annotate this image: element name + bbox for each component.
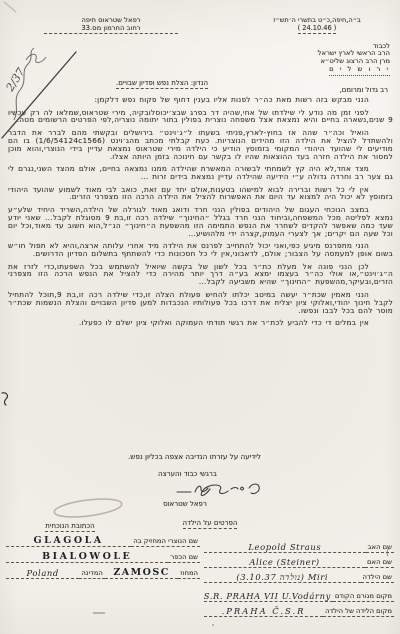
country-value: Poland <box>6 568 79 579</box>
form-right-title: הפרטים על הילדה <box>180 519 240 527</box>
birthplace-label: מקום הלידה של הילדה <box>323 607 394 617</box>
paragraph: הנני מבקש בזה רשות מאת כה״ר לפנות אליו ב… <box>8 96 393 104</box>
child-name-label: שם הילדה <box>361 573 394 583</box>
addressee-city: י ר ו ש ל י ם <box>329 66 390 75</box>
previous-residence-label: מקום מגורם הקודם <box>333 592 394 602</box>
village-value: BIALOWOLE <box>6 551 168 563</box>
form-row-mother: שם האם Alice (Steiner) <box>204 555 394 568</box>
holder-name-label: שם הנוצרי המחזיק בה <box>131 537 200 547</box>
form-current-address-column: שם הנוצרי המחזיק בה GLAGOLA שם הכפר BIAL… <box>6 534 200 579</box>
country-label: המדינה <box>79 569 104 579</box>
scan-artifact-speck <box>210 622 218 628</box>
left-margin-pen-mark <box>0 390 12 406</box>
pencil-oval-mark <box>50 496 126 520</box>
addressee-block: לכבוד הרב הראשי לארץ ישראל מרן הרב הרצוג… <box>240 43 390 76</box>
letter-body: הנני מבקש בזה רשות מאת כה״ר לפנות אליו ב… <box>8 96 393 332</box>
form-child-details-column: שם האב Leopold Straus שם האם Alice (Stei… <box>204 540 394 617</box>
form-left-title: הכתובת הנוכחית <box>22 522 118 530</box>
father-name-label: שם האב <box>366 543 394 553</box>
scanned-letter-page: 2/37 רפאל שטראוס חיפה רחוב החרמון מס.33 … <box>0 0 400 634</box>
holder-name-value: GLAGOLA <box>6 535 131 547</box>
paragraph: אין במלים די כדי להביע לכת״ר את רגשי תוד… <box>8 319 393 327</box>
birthplace-value: PRAHA Č.S.R. <box>204 606 323 617</box>
father-name-value: Leopold Straus <box>204 542 366 553</box>
previous-residence-value: Č.S.R. PRAHA VII U.Vodárny <box>204 591 333 602</box>
subject-line: הנדון: הצלת נפש ופדיון שבויים. <box>116 79 208 87</box>
salutation: רב גדול ומרומם, <box>340 86 388 94</box>
form-row-father: שם האב Leopold Straus <box>204 540 394 553</box>
paragraph: לפני זמן מה נודע לי שילדתו של אחי,שהיה ד… <box>8 109 393 125</box>
closing-note: לידיעה על עזרתו הנדיבה אצפה בכליון נפש. <box>128 452 261 461</box>
child-name-value: Miri (נולדה 3.10.37) <box>204 572 361 583</box>
scan-artifact-dash <box>92 610 108 616</box>
signature-typed-name: רפאל שטראוס <box>143 500 227 508</box>
paragraph: במצב הנוכחי העגום של היהודים בפולין הנני… <box>8 206 393 238</box>
scan-artifact-paren: ( <box>386 548 389 557</box>
form-row-village: שם הכפר BIALOWOLE <box>6 550 200 563</box>
sender-name: רפאל שטראוס חיפה <box>44 16 178 24</box>
paragraph: הנני מתפרנס מיגיע כפי,ואני יכול להתחייב … <box>8 242 393 258</box>
mother-name-label: שם האם <box>365 558 394 568</box>
form-row-holder: שם הנוצרי המחזיק בה GLAGOLA <box>6 534 200 547</box>
form-row-district-country: המחוז ZAMOSC המדינה Poland <box>6 566 200 579</box>
form-row-child: שם הילדה Miri (נולדה 3.10.37) <box>204 570 394 583</box>
village-label: שם הכפר <box>168 553 200 563</box>
district-label: המחוז <box>178 569 200 579</box>
district-value: ZAMOSC <box>105 567 178 579</box>
date-gregorian: ( 24.10.46 ) <box>298 24 337 34</box>
mother-name-value: Alice (Steiner) <box>204 557 365 568</box>
sender-address: רחוב החרמון מס.33 <box>44 24 178 34</box>
sender-block: רפאל שטראוס חיפה רחוב החרמון מס.33 <box>44 16 178 34</box>
paragraph: מצד אחד,לא היה קץ לשמחתי לבשורה המאשרת ש… <box>8 165 393 181</box>
date-hebrew: ב״ה,חיפה,כ״ט בתשרי ה׳תש״ז <box>242 16 392 24</box>
paragraph: הואיל וכה״ר שהה אז בחוץ-לארץ,פניתי בשעתו… <box>8 129 393 161</box>
paragraph: הנני מאמין שכת״ר יעשה במיטב יכלתו להחיש … <box>8 291 393 315</box>
form-row-birthplace: מקום הלידה של הילדה PRAHA Č.S.R. <box>204 604 394 617</box>
date-block: ב״ה,חיפה,כ״ט בתשרי ה׳תש״ז ( 24.10.46 ) <box>242 16 392 32</box>
valediction: ברגשי כבוד והערצה <box>158 470 217 478</box>
paragraph: אין לי כל רשות וברירה לבוא למישהו בטענות… <box>8 186 393 202</box>
paragraph: לכן הנני פונה אל מעלת כת״ר בכל לשון של ב… <box>8 263 393 287</box>
form-row-previous-residence: מקום מגורם הקודם Č.S.R. PRAHA VII U.Vodá… <box>204 589 394 602</box>
handwritten-signature <box>176 479 284 499</box>
